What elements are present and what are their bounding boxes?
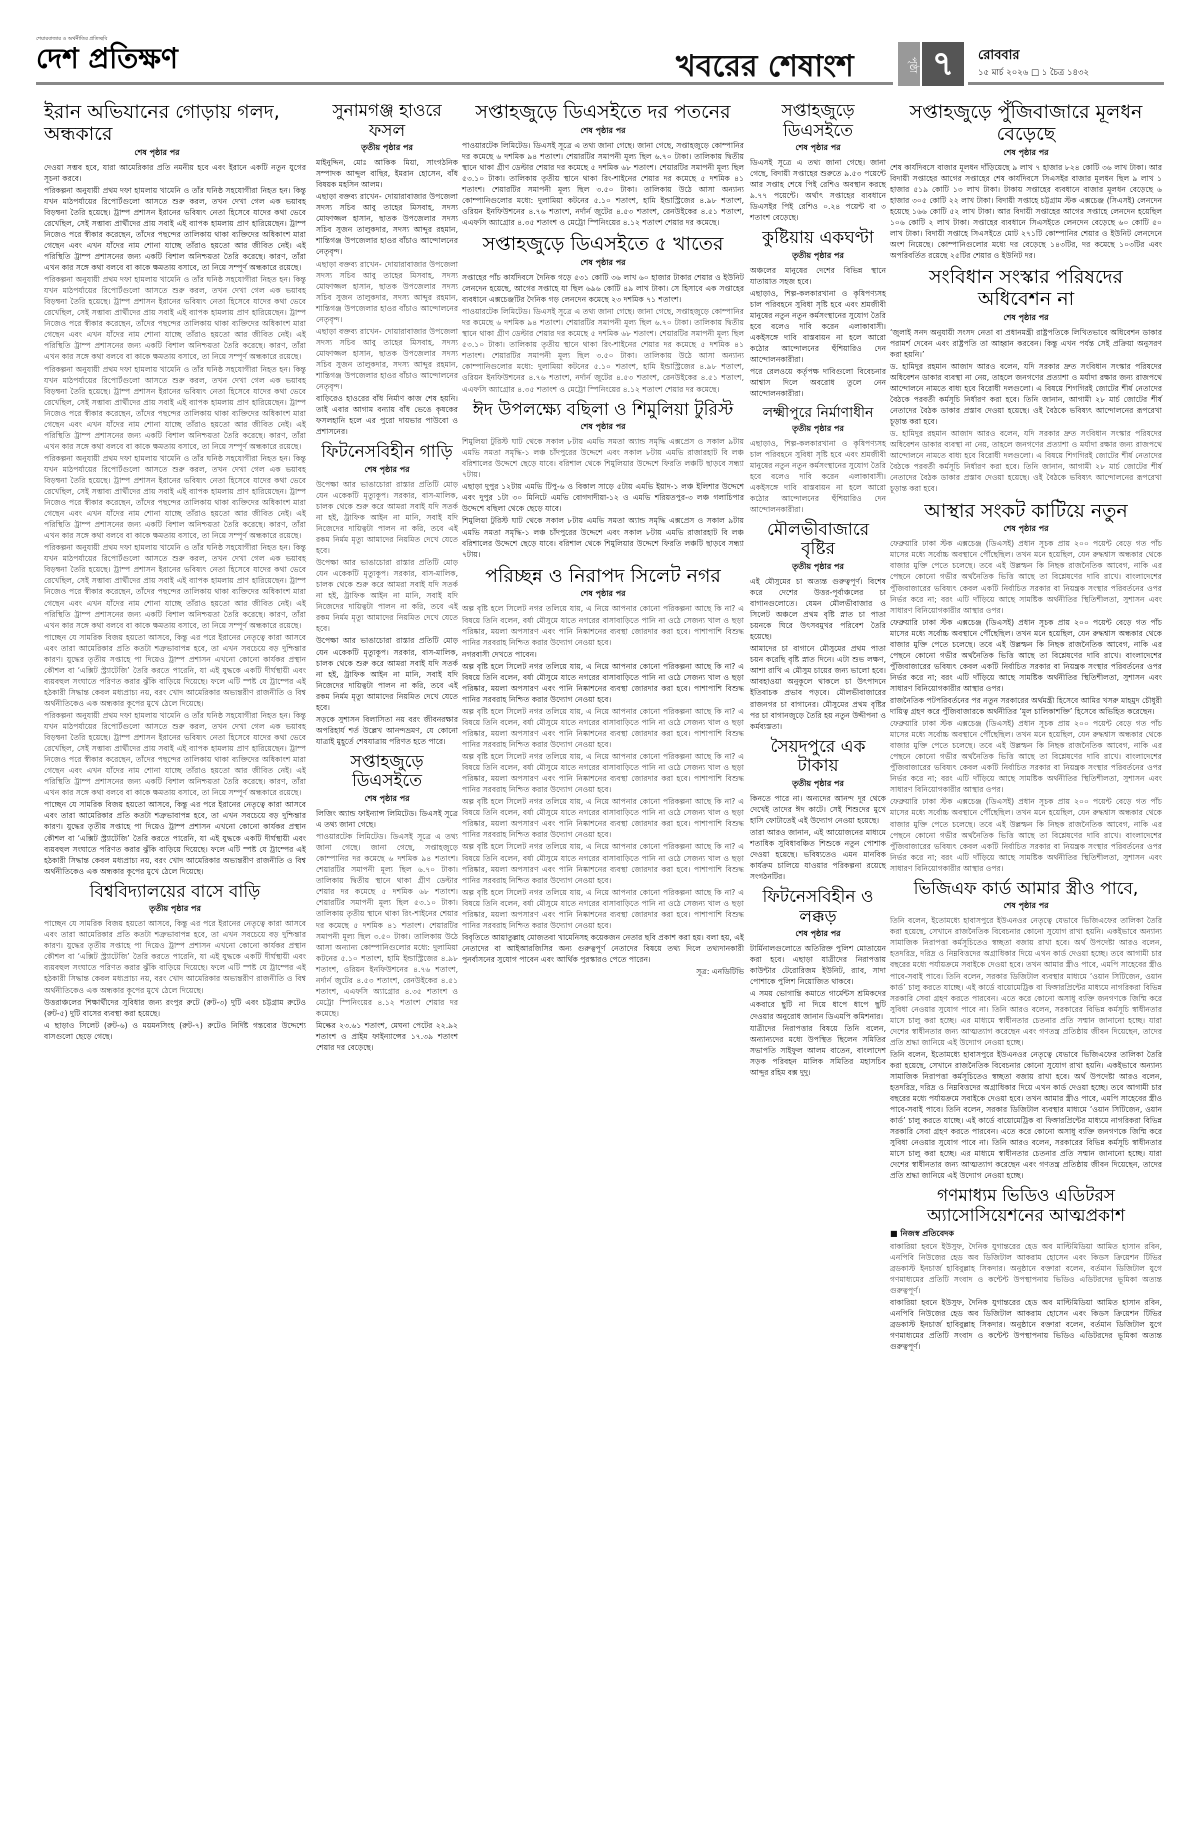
article-body: পাচ্ছেন যে সামরিক বিজয় হয়তো আসবে, কিন্… [44,918,306,1042]
paragraph: বাড়িরেও হাওরের বাঁধ নির্মাণ কাজ শেষ হয়… [316,393,458,437]
headline: গণমাধ্যম ভিডিও এডিটরস অ্যাসোসিয়েশনের আত… [890,1187,1162,1226]
article-dse-fall: সপ্তাহজুড়ে ডিএসইতে দর পতনের শেষ পৃষ্ঠার… [462,102,744,228]
paragraph: পাওয়ারটেক লিমিটেড। ডিএসই সূত্রে এ তথ্য … [462,140,744,228]
paragraph: তারা আরও জানান, এই আয়োজনের মাধ্যমে শতাধ… [750,827,886,882]
paragraph: এছাড়াও, শিল্প-কলকারখানা ও কৃষিপণ্যসহ চা… [750,438,886,515]
headline: কুষ্টিয়ায় একঘণ্টা [750,229,886,249]
article-body: পাওয়ারটেক লিমিটেড। ডিএসই সূত্রে এ তথ্য … [462,140,744,228]
paragraph: ড. হামিদুর রহমান আজাদ আরও বলেন, যদি সরকা… [890,361,1162,427]
paragraph: সড়কে সুশাসন বিলাসিতা নয় বরং জীবনরক্ষার… [316,714,458,747]
article-body: উপেক্ষা আর ভাঙাচোরা রাস্তার প্রতিটি মোড়… [316,479,458,747]
paragraph: পাচ্ছেন যে সামরিক বিজয় হয়তো আসবে, কিন্… [44,632,306,709]
article-body: দেওয়া সম্ভব হবে, যারা আমেরিকার প্রতি নম… [44,162,306,877]
article-body: টার্মিনালগুলোতে অতিরিক্ত পুলিশ মোতায়েন … [750,943,886,1078]
paragraph: রাজনৈতিক পটপরিবর্তনের পর নতুন সরকারের অর… [890,695,1162,717]
paragraph: পরিকল্পনা অনুযায়ী প্রথম দফা হামলায় খাম… [44,542,306,630]
paragraph: টার্মিনালগুলোতে অতিরিক্ত পুলিশ মোতায়েন … [750,943,886,987]
paragraph: কিনতে পারে না। অন্যদের আনন্দ দূর থেকে দে… [750,793,886,826]
continued-label: তৃতীয় পৃষ্ঠার পর [44,903,306,916]
paragraph: উপেক্ষা আর ভাঙাচোরা রাস্তার প্রতিটি মোড়… [316,635,458,712]
paragraph: ‘জুলাই সনদ অনুযায়ী সংসদ নেতা বা প্রধানম… [890,327,1162,360]
column-4: সপ্তাহজুড়ে ডিএসইতে শেষ পৃষ্ঠার পর ডিএসই… [750,96,886,1079]
continued-label: তৃতীয় পৃষ্ঠার পর [750,250,886,263]
paragraph: এ ছাড়াও সিলেট (রুট-৬) ও ময়মনসিংহ (রুট-… [44,1020,306,1042]
continued-label: তৃতীয় পৃষ্ঠার পর [316,142,458,155]
article-dse-small: সপ্তাহজুড়ে ডিএসইতে শেষ পৃষ্ঠার পর লিজিং… [316,753,458,1053]
headline: আস্থার সংকট কাটিয়ে নতুন [890,501,1162,523]
article-university-bus: বিশ্ববিদ্যালয়ের বাসে বাড়ি তৃতীয় পৃষ্ঠ… [44,883,306,1042]
article-sunamganj: সুনামগঞ্জ হাওরে ফসল তৃতীয় পৃষ্ঠার পর মা… [316,102,458,437]
paragraph: বাকারিয়া হবনে ইউসুফ, দৈনিক যুগান্তরের হ… [890,1297,1162,1352]
continued-label: শেষ পৃষ্ঠার পর [890,900,1162,913]
paragraph: শেষ কার্যদিবসে বাজার মূলধন দাঁড়িয়েছে ৯… [890,162,1162,261]
byline: ■ নিজস্ব প্রতিবেদক [890,1228,1162,1241]
headline: লক্ষ্মীপুরে নির্মাণাধীন [750,405,886,421]
paragraph: এছাড়াও, শিল্প-কলকারখানা ও কৃষিপণ্যসহ চা… [750,288,886,365]
paragraph: ড. হামিদুর রহমান আজাদ আরও বলেন, যদি সরকা… [890,428,1162,494]
masthead-rule [968,82,1164,85]
headline: সপ্তাহজুড়ে ডিএসইতে [750,102,886,141]
paragraph: পরিকল্পনা অনুযায়ী প্রথম দফা হামলায় খাম… [44,185,306,273]
paragraph: এছাড়া বক্তব্য রাখেন- দোয়ারাবাজার উপজেল… [316,191,458,257]
column-2: সুনামগঞ্জ হাওরে ফসল তৃতীয় পৃষ্ঠার পর মা… [316,96,458,1054]
continued-label: শেষ পৃষ্ঠার পর [44,147,270,160]
paragraph: এছাড়া বক্তব্য রাখেন- দোয়ারাবাজার উপজেল… [316,326,458,392]
article-fitness-launch: ফিটনেসবিহীন ও লক্কড় শেষ পৃষ্ঠার পর টার্… [750,888,886,1078]
article-body: তিনি বলেন, ইতোমধ্যে হাবাসপুরে ইউএনওর নেত… [890,915,1162,1181]
paragraph: অল্প বৃষ্টি হলে সিলেট নগর তলিয়ে যায়, এ… [462,706,744,750]
paragraph: যাত্রীদের নিরাপত্তার বিষয়ে তিনি বলেন, অ… [750,1023,886,1078]
article-body: লিজিং অ্যান্ড ফাইন্যান্স লিমিটেড। ডিএসই … [316,808,458,1053]
paragraph: বিবৃতিতে আয়াতুল্লাহ মোজতবা খামেনিসহ কয়… [462,932,744,965]
headline: সৈয়দপুরে এক টাকায় [750,738,886,777]
paragraph: উত্তরাঞ্চলের শিক্ষার্থীদের সুবিধার জন্য … [44,997,306,1019]
continued-label: শেষ পৃষ্ঠার পর [316,464,458,477]
article-video-editors: গণমাধ্যম ভিডিও এডিটরস অ্যাসোসিয়েশনের আত… [890,1187,1162,1352]
paragraph: সপ্তাহের পাঁচ কার্যদিবসে দৈনিক গড়ে ৫৩১ … [462,272,744,305]
article-body: এছাড়াও, শিল্প-কলকারখানা ও কৃষিপণ্যসহ চা… [750,438,886,515]
continued-label: শেষ পৃষ্ঠার পর [750,142,886,155]
paragraph: শিমুলিয়া টুরিস্ট ঘাট থেকে সকাল ৮টায় এম… [462,515,744,559]
paragraph: পরিকল্পনা অনুযায়ী প্রথম দফা হামলায় খাম… [44,364,306,452]
paragraph: উপেক্ষা আর ভাঙাচোরা রাস্তার প্রতিটি মোড়… [316,479,458,556]
article-trust: আস্থার সংকট কাটিয়ে নতুন শেষ পৃষ্ঠার পর … [890,501,1162,874]
article-sylhet: পরিচ্ছন্ন ও নিরাপদ সিলেট নগর শেষ পৃষ্ঠার… [462,566,744,977]
continued-label: শেষ পৃষ্ঠার পর [316,793,458,806]
paragraph: পাচ্ছেন যে সামরিক বিজয় হয়তো আসবে, কিন্… [44,918,306,995]
headline: সুনামগঞ্জ হাওরে ফসল [316,102,458,141]
masthead: শেয়ারবাজার ও অর্থনীতির প্রতিচ্ছবি দেশ প… [36,24,1164,86]
continued-label: শেষ পৃষ্ঠার পর [890,312,1162,325]
continued-label: শেষ পৃষ্ঠার পর [462,257,744,270]
article-fitness-car: ফিটনেসবিহীন গাড়ি শেষ পৃষ্ঠার পর উপেক্ষা… [316,443,458,747]
paragraph: লিজিং অ্যান্ড ফাইন্যান্স লিমিটেড। ডিএসই … [316,808,458,830]
article-iran: ইরান অভিযানের গোড়ায় গলদ, অন্ধকারে শেষ … [44,102,270,877]
article-body: শেষ কার্যদিবসে বাজার মূলধন দাঁড়িয়েছে ৯… [890,162,1162,261]
paragraph: মাইনুদ্দিন, মোঃ আকিক মিয়া, সাংগঠনিক সম্… [316,157,458,190]
paragraph: দেওয়া সম্ভব হবে, যারা আমেরিকার প্রতি নম… [44,162,306,184]
paragraph: এছাড়া দুপুর ১২টায় এমভি টিপু-৬ ও বিকাল … [462,481,744,514]
article-dse-pe: সপ্তাহজুড়ে ডিএসইতে শেষ পৃষ্ঠার পর ডিএসই… [750,102,886,223]
article-kushtia: কুষ্টিয়ায় একঘণ্টা তৃতীয় পৃষ্ঠার পর অঞ… [750,229,886,399]
continued-label: তৃতীয় পৃষ্ঠার পর [750,561,886,574]
paragraph: পাচ্ছেন যে সামরিক বিজয় হয়তো আসবে, কিন্… [44,799,306,876]
paragraph: অল্প বৃষ্টি হলে সিলেট নগর তলিয়ে যায়, এ… [462,661,744,705]
column-5: সপ্তাহজুড়ে পুঁজিবাজারে মূলধন বেড়েছে শে… [890,96,1162,1353]
paragraph: তিনি বলেন, ইতোমধ্যে হাবাসপুরে ইউএনওর নেত… [890,915,1162,1048]
continued-label: শেষ পৃষ্ঠার পর [462,421,744,434]
paragraph: আমাদের চা বাগানে মৌসুমের প্রথম পাতা চয়ন… [750,643,886,731]
continued-label: শেষ পৃষ্ঠার পর [750,928,886,941]
headline: মৌলভীবাজারে বৃষ্টির [750,521,886,560]
paragraph: বাকারিয়া হবনে ইউসুফ, দৈনিক যুগান্তরের হ… [890,1241,1162,1296]
column-1: ইরান অভিযানের গোড়ায় গলদ, অন্ধকারে শেষ … [44,96,270,1043]
paragraph: অল্প বৃষ্টি হলে সিলেট নগর তলিয়ে যায়, এ… [462,841,744,885]
masthead-rule [36,82,261,85]
page-number: ৭ [922,42,964,86]
issue-date: ১৫ মার্চ ২০২৬ □ ১ চৈত্র ১৪৩২ [978,66,1089,80]
headline: ঈদ উপলক্ষ্যে বছিলা ও শিমুলিয়া টুরিস্ট [462,401,744,421]
headline: সপ্তাহজুড়ে ডিএসইতে [316,753,458,792]
article-body: মাইনুদ্দিন, মোঃ আকিক মিয়া, সাংগঠনিক সম্… [316,157,458,437]
paragraph: পরিকল্পনা অনুযায়ী প্রথম দফা হামলায় খাম… [44,710,306,798]
section-title: খবরের শেষাংশ [676,42,854,93]
source-credit: সূত্র: এনডিটিভি [462,966,744,977]
headline: ফিটনেসবিহীন গাড়ি [316,443,458,463]
headline: সপ্তাহজুড়ে ডিএসইতে ৫ খাতের [462,234,744,256]
paragraph: পাওয়ারটেক লিমিটেড। ডিএসই সূত্রে এ তথ্য … [316,831,458,1019]
paragraph: অল্প বৃষ্টি হলে সিলেট নগর তলিয়ে যায়, এ… [462,796,744,840]
paragraph: এই মৌসুমের চা অত্যন্ত গুরুত্বপূর্ণ। বিশে… [750,576,886,642]
headline: ইরান অভিযানের গোড়ায় গলদ, অন্ধকারে [44,102,306,146]
paragraph: পরে রেলওয়ে কর্তৃপক্ষ দাবিগুলো বিবেচনার … [750,366,886,399]
weekday: রোববার [978,46,1020,67]
paragraph: অল্প বৃষ্টি হলে সিলেট নগর তলিয়ে যায়, এ… [462,603,744,647]
continued-label: শেষ পৃষ্ঠার পর [462,588,744,601]
headline: সপ্তাহজুড়ে ডিএসইতে দর পতনের [462,102,744,124]
article-body: কিনতে পারে না। অন্যদের আনন্দ দূর থেকে দে… [750,793,886,882]
article-body: ডিএসই সূত্রে এ তথ্য জানা গেছে। জানা গেছে… [750,157,886,223]
headline: বিশ্ববিদ্যালয়ের বাসে বাড়ি [44,883,306,903]
article-body: অঞ্চলের মানুষের দেশের বিভিন্ন স্থানে যাত… [750,265,886,400]
paragraph: পরিকল্পনা অনুযায়ী প্রথম দফা হামলায় খাম… [44,453,306,541]
article-body: ফেব্রুয়ারি ঢাকা স্টক এক্সচেঞ্জ (ডিএসই) … [890,538,1162,873]
paragraph: পাওয়ারটেক লিমিটেড। ডিএসই সূত্রে এ তথ্য … [462,306,744,394]
paragraph: তিনি বলেন, ইতোমধ্যে হাবাসপুরে ইউএনওর নেত… [890,1049,1162,1182]
headline: সপ্তাহজুড়ে পুঁজিবাজারে মূলধন বেড়েছে [890,102,1162,146]
article-dse-5-sector: সপ্তাহজুড়ে ডিএসইতে ৫ খাতের শেষ পৃষ্ঠার … [462,234,744,394]
newspaper-logo: দেশ প্রতিক্ষণ [36,44,178,74]
article-laxmipur: লক্ষ্মীপুরে নির্মাণাধীন তৃতীয় পৃষ্ঠার প… [750,405,886,514]
paragraph: অল্প বৃষ্টি হলে সিলেট নগর তলিয়ে যায়, এ… [462,887,744,931]
paragraph: ফেব্রুয়ারি ঢাকা স্টক এক্সচেঞ্জ (ডিএসই) … [890,796,1162,873]
paragraph: এছাড়া বক্তব্য রাখেন- দোয়ারাবাজার উপজেল… [316,259,458,325]
paragraph: নগরবাসী দেখতে পাবেন। [462,649,744,660]
paragraph: ডিএসই সূত্রে এ তথ্য জানা গেছে। জানা গেছে… [750,157,886,223]
page-label: পৃষ্ঠা [898,42,920,86]
article-eid-launch: ঈদ উপলক্ষ্যে বছিলা ও শিমুলিয়া টুরিস্ট শ… [462,401,744,560]
article-capital-market: সপ্তাহজুড়ে পুঁজিবাজারে মূলধন বেড়েছে শে… [890,102,1162,261]
article-moulvibazar: মৌলভীবাজারে বৃষ্টির তৃতীয় পৃষ্ঠার পর এই… [750,521,886,732]
column-3: সপ্তাহজুড়ে ডিএসইতে দর পতনের শেষ পৃষ্ঠার… [462,96,744,977]
paragraph: শিমুলিয়া টুরিস্ট ঘাট থেকে সকাল ৮টায় এম… [462,436,744,480]
paragraph: এ সময় ভোগান্তি কমাতে গার্মেন্টস শ্রমিকদ… [750,988,886,1021]
paragraph: পরিকল্পনা অনুযায়ী প্রথম দফা হামলায় খাম… [44,274,306,362]
headline: ভিজিএফ কার্ড আমার স্ত্রীও পাবে, [890,880,1162,900]
paragraph: ফেব্রুয়ারি ঢাকা স্টক এক্সচেঞ্জ (ডিএসই) … [890,538,1162,615]
article-body: সপ্তাহের পাঁচ কার্যদিবসে দৈনিক গড়ে ৫৩১ … [462,272,744,395]
article-body: অল্প বৃষ্টি হলে সিলেট নগর তলিয়ে যায়, এ… [462,603,744,977]
continued-label: তৃতীয় পৃষ্ঠার পর [750,778,886,791]
article-body: শিমুলিয়া টুরিস্ট ঘাট থেকে সকাল ৮টায় এম… [462,436,744,560]
paragraph: অঞ্চলের মানুষের দেশের বিভিন্ন স্থানে যাত… [750,265,886,287]
continued-label: তৃতীয় পৃষ্ঠার পর [750,423,886,436]
continued-label: শেষ পৃষ্ঠার পর [890,523,1162,536]
headline: ফিটনেসবিহীন ও লক্কড় [750,888,886,927]
paragraph: মিল্কের ২৩.৬১ শতাংশ, মেঘনা পেটের ২২.৯২ শ… [316,1020,458,1053]
headline: সংবিধান সংস্কার পরিষদের অধিবেশন না [890,267,1162,311]
paragraph: ফেব্রুয়ারি ঢাকা স্টক এক্সচেঞ্জ (ডিএসই) … [890,617,1162,694]
continued-label: শেষ পৃষ্ঠার পর [462,125,744,138]
headline: পরিচ্ছন্ন ও নিরাপদ সিলেট নগর [462,566,744,588]
article-body: এই মৌসুমের চা অত্যন্ত গুরুত্বপূর্ণ। বিশে… [750,576,886,732]
article-body: বাকারিয়া হবনে ইউসুফ, দৈনিক যুগান্তরের হ… [890,1241,1162,1352]
paragraph: অল্প বৃষ্টি হলে সিলেট নগর তলিয়ে যায়, এ… [462,751,744,795]
article-saidpur: সৈয়দপুরে এক টাকায় তৃতীয় পৃষ্ঠার পর কি… [750,738,886,882]
article-constitution: সংবিধান সংস্কার পরিষদের অধিবেশন না শেষ প… [890,267,1162,494]
article-vgf: ভিজিএফ কার্ড আমার স্ত্রীও পাবে, শেষ পৃষ্… [890,880,1162,1182]
continued-label: শেষ পৃষ্ঠার পর [890,147,1162,160]
paragraph: ফেব্রুয়ারি ঢাকা স্টক এক্সচেঞ্জ (ডিএসই) … [890,718,1162,795]
article-body: ‘জুলাই সনদ অনুযায়ী সংসদ নেতা বা প্রধানম… [890,327,1162,495]
paragraph: উপেক্ষা আর ভাঙাচোরা রাস্তার প্রতিটি মোড়… [316,557,458,634]
logo-block: শেয়ারবাজার ও অর্থনীতির প্রতিচ্ছবি দেশ প… [36,36,178,74]
